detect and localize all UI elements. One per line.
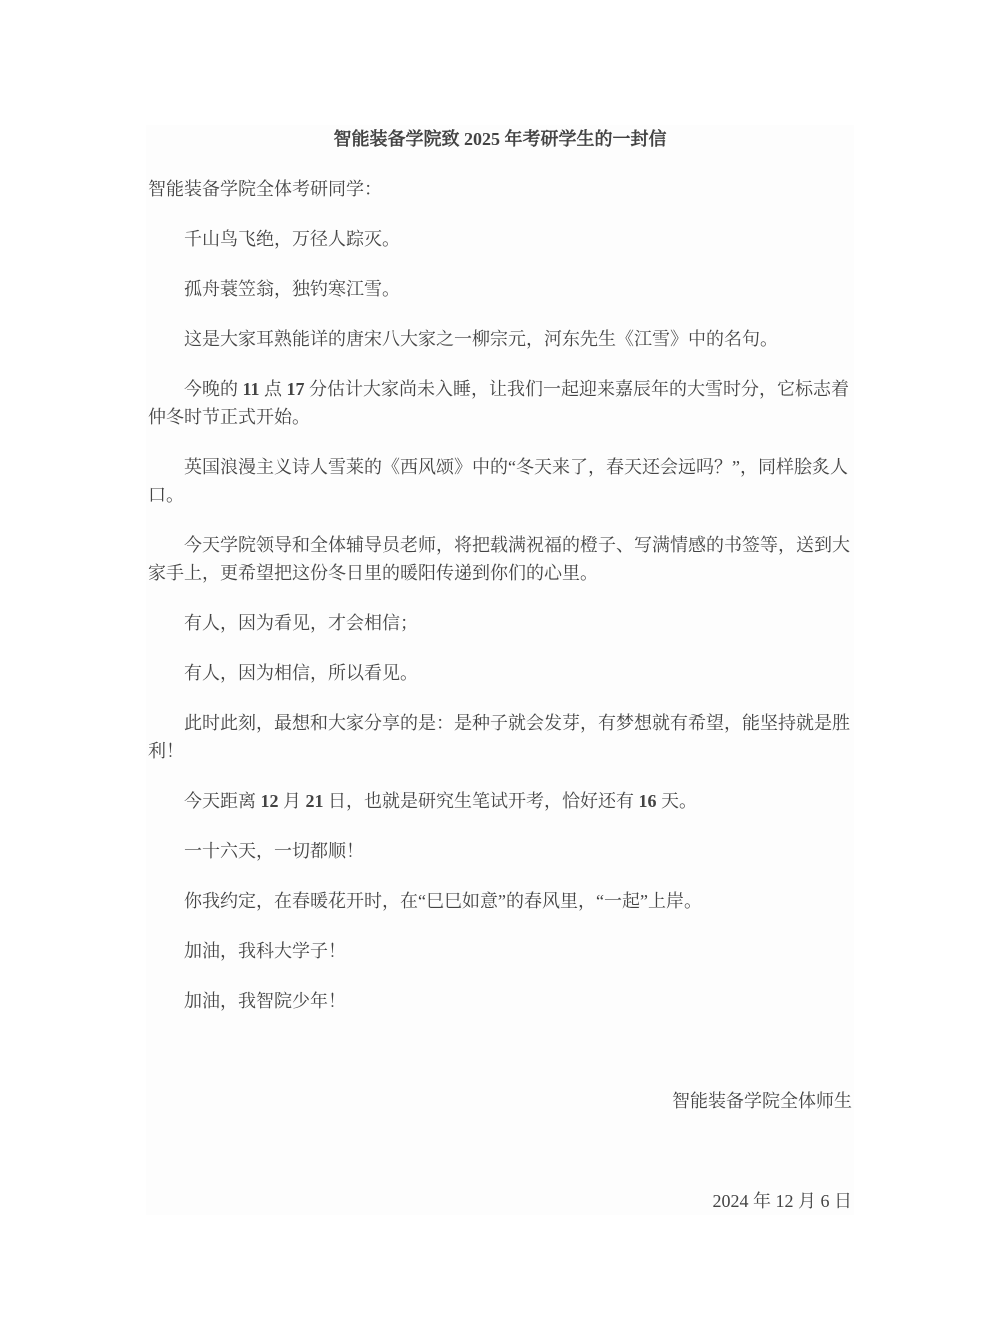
text-run: 今晚的 <box>184 379 243 399</box>
letter-paragraph: 千山鸟飞绝，万径人踪灭。 <box>148 225 852 253</box>
bold-text-run: 17 <box>287 379 305 399</box>
text-run: 你我约定，在春暖花开时，在“巳巳如意”的春风里，“一起”上岸。 <box>184 891 702 911</box>
text-run: 此时此刻，最想和大家分享的是：是种子就会发芽，有梦想就有希望，能坚持就是胜利！ <box>148 713 850 761</box>
letter-paragraph: 这是大家耳熟能详的唐宋八大家之一柳宗元，河东先生《江雪》中的名句。 <box>148 325 852 353</box>
letter-paragraph: 孤舟蓑笠翁，独钓寒江雪。 <box>148 275 852 303</box>
text-run: 加油，我智院少年！ <box>184 991 346 1011</box>
letter-paragraph: 今晚的 11 点 17 分估计大家尚未入睡，让我们一起迎来嘉辰年的大雪时分，它标… <box>148 375 852 431</box>
text-run: 一十六天，一切都顺！ <box>184 841 364 861</box>
letter-title: 智能装备学院致 2025 年考研学生的一封信 <box>148 125 852 153</box>
letter-paragraph: 你我约定，在春暖花开时，在“巳巳如意”的春风里，“一起”上岸。 <box>148 887 852 915</box>
letter-paragraph: 今天距离 12 月 21 日，也就是研究生笔试开考，恰好还有 16 天。 <box>148 787 852 815</box>
bold-text-run: 12 <box>261 791 279 811</box>
bold-text-run: 16 <box>639 791 657 811</box>
text-run: 孤舟蓑笠翁，独钓寒江雪。 <box>184 279 400 299</box>
letter-paragraph: 此时此刻，最想和大家分享的是：是种子就会发芽，有梦想就有希望，能坚持就是胜利！ <box>148 709 852 765</box>
text-run: 天。 <box>657 791 698 811</box>
document-page: 智能装备学院致 2025 年考研学生的一封信 智能装备学院全体考研同学： 千山鸟… <box>146 125 854 1215</box>
text-run: 点 <box>260 379 287 399</box>
text-run: 英国浪漫主义诗人雪莱的《西风颂》中的“冬天来了，春天还会远吗？”，同样脍炙人口。 <box>148 457 848 505</box>
text-run: 千山鸟飞绝，万径人踪灭。 <box>184 229 400 249</box>
text-run: 今天距离 <box>184 791 261 811</box>
text-run: 日，也就是研究生笔试开考，恰好还有 <box>324 791 639 811</box>
letter-paragraph: 加油，我科大学子！ <box>148 937 852 965</box>
letter-paragraph: 有人，因为看见，才会相信； <box>148 609 852 637</box>
letter-paragraph: 英国浪漫主义诗人雪莱的《西风颂》中的“冬天来了，春天还会远吗？”，同样脍炙人口。 <box>148 453 852 509</box>
letter-paragraph: 今天学院领导和全体辅导员老师，将把载满祝福的橙子、写满情感的书签等，送到大家手上… <box>148 531 852 587</box>
letter-greeting: 智能装备学院全体考研同学： <box>148 175 852 203</box>
text-run: 有人，因为看见，才会相信； <box>184 613 418 633</box>
bold-text-run: 21 <box>306 791 324 811</box>
letter-paragraph: 有人，因为相信，所以看见。 <box>148 659 852 687</box>
bold-text-run: 11 <box>243 379 260 399</box>
text-run: 今天学院领导和全体辅导员老师，将把载满祝福的橙子、写满情感的书签等，送到大家手上… <box>148 535 850 583</box>
letter-paragraph: 一十六天，一切都顺！ <box>148 837 852 865</box>
text-run: 有人，因为相信，所以看见。 <box>184 663 418 683</box>
text-run: 加油，我科大学子！ <box>184 941 346 961</box>
document-canvas: 智能装备学院致 2025 年考研学生的一封信 智能装备学院全体考研同学： 千山鸟… <box>0 0 999 1339</box>
letter-body: 千山鸟飞绝，万径人踪灭。孤舟蓑笠翁，独钓寒江雪。这是大家耳熟能详的唐宋八大家之一… <box>148 225 852 1015</box>
text-run: 月 <box>279 791 306 811</box>
letter-signature: 智能装备学院全体师生 <box>148 1087 852 1115</box>
text-run: 这是大家耳熟能详的唐宋八大家之一柳宗元，河东先生《江雪》中的名句。 <box>184 329 778 349</box>
letter-date: 2024 年 12 月 6 日 <box>148 1187 852 1215</box>
letter-paragraph: 加油，我智院少年！ <box>148 987 852 1015</box>
